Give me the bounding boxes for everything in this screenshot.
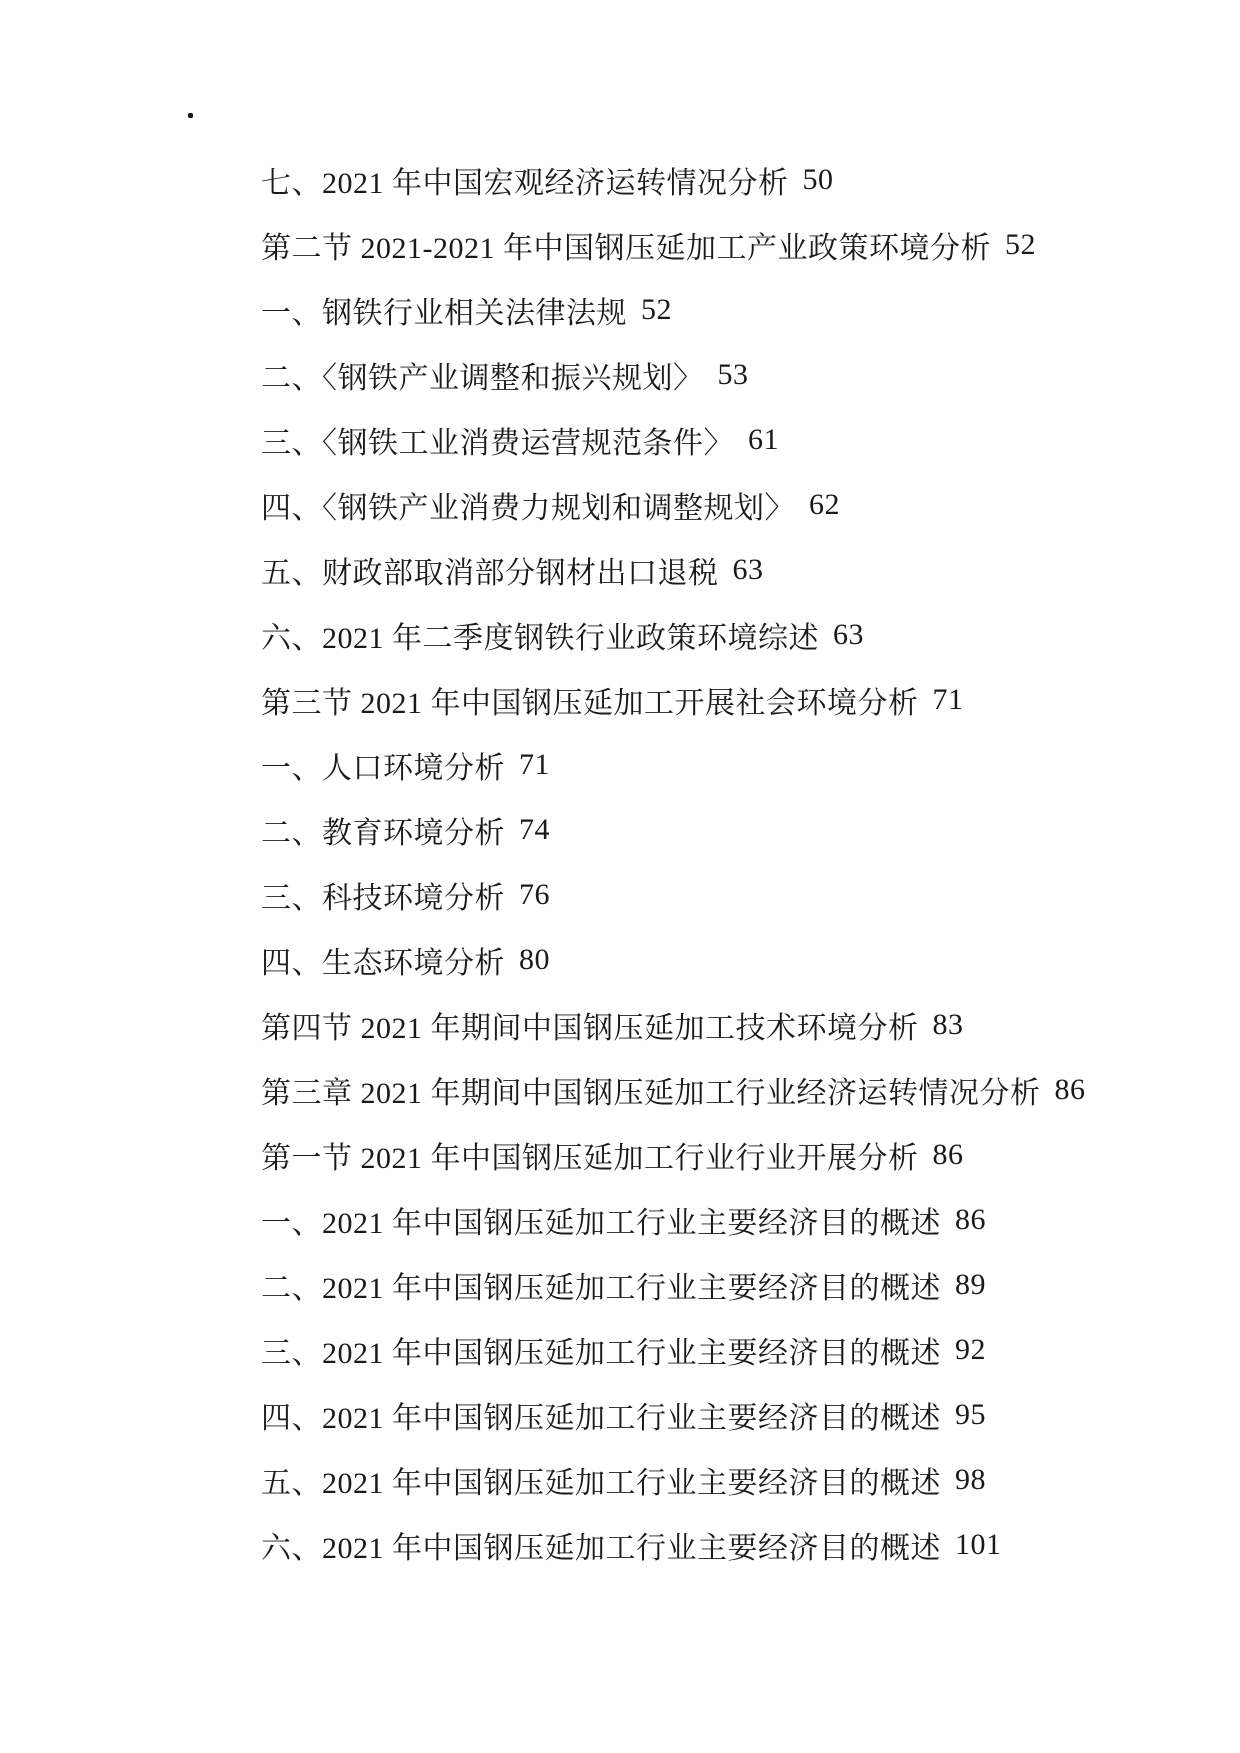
toc-entry-label: 第二节 2021-2021 年中国钢压延加工产业政策环境分析 (261, 223, 991, 267)
toc-entry: 六、2021 年中国钢压延加工行业主要经济目的概述101 (261, 1512, 1180, 1577)
toc-entry: 三、2021 年中国钢压延加工行业主要经济目的概述92 (261, 1317, 1180, 1382)
toc-entry-page: 62 (809, 488, 840, 522)
toc-entry-page: 101 (955, 1528, 1002, 1562)
toc-entry: 四、生态环境分析80 (261, 927, 1180, 992)
toc-entry-page: 98 (955, 1463, 986, 1497)
toc-entry: 七、2021 年中国宏观经济运转情况分析50 (261, 147, 1180, 212)
toc-entry-label: 六、2021 年中国钢压延加工行业主要经济目的概述 (261, 1523, 941, 1567)
toc-entry: 五、财政部取消部分钢材出口退税63 (261, 537, 1180, 602)
toc-entry-page: 63 (733, 553, 764, 587)
toc-entry: 六、2021 年二季度钢铁行业政策环境综述63 (261, 602, 1180, 667)
toc-entry: 第三章 2021 年期间中国钢压延加工行业经济运转情况分析86 (261, 1057, 1180, 1122)
toc-entry: 四、2021 年中国钢压延加工行业主要经济目的概述95 (261, 1382, 1180, 1447)
toc-entry-label: 三、〈钢铁工业消费运营规范条件〉 (261, 418, 734, 462)
toc-entry-page: 63 (833, 618, 864, 652)
toc-entry-label: 二、〈钢铁产业调整和振兴规划〉 (261, 353, 704, 397)
toc-entry-page: 74 (519, 813, 550, 847)
toc-entry-label: 一、钢铁行业相关法律法规 (261, 288, 627, 332)
toc-entry-page: 61 (748, 423, 779, 457)
toc-entry: 二、〈钢铁产业调整和振兴规划〉53 (261, 342, 1180, 407)
toc-entry-page: 52 (1005, 228, 1036, 262)
toc-entry: 五、2021 年中国钢压延加工行业主要经济目的概述98 (261, 1447, 1180, 1512)
toc-entry-page: 95 (955, 1398, 986, 1432)
toc-entry-label: 七、2021 年中国宏观经济运转情况分析 (261, 158, 789, 202)
toc-entry-page: 89 (955, 1268, 986, 1302)
toc-entry: 三、〈钢铁工业消费运营规范条件〉61 (261, 407, 1180, 472)
toc-list: 七、2021 年中国宏观经济运转情况分析50第二节 2021-2021 年中国钢… (261, 147, 1180, 1577)
toc-entry: 一、钢铁行业相关法律法规52 (261, 277, 1180, 342)
toc-entry: 一、2021 年中国钢压延加工行业主要经济目的概述86 (261, 1187, 1180, 1252)
toc-entry-page: 52 (641, 293, 672, 327)
toc-entry-label: 四、生态环境分析 (261, 938, 505, 982)
toc-entry-page: 71 (933, 683, 964, 717)
toc-entry-label: 第四节 2021 年期间中国钢压延加工技术环境分析 (261, 1003, 919, 1047)
toc-entry-page: 76 (519, 878, 550, 912)
toc-entry: 第二节 2021-2021 年中国钢压延加工产业政策环境分析52 (261, 212, 1180, 277)
toc-entry-page: 83 (933, 1008, 964, 1042)
toc-entry-page: 71 (519, 748, 550, 782)
toc-entry-page: 86 (1055, 1073, 1086, 1107)
toc-entry: 第四节 2021 年期间中国钢压延加工技术环境分析83 (261, 992, 1180, 1057)
toc-entry-label: 二、2021 年中国钢压延加工行业主要经济目的概述 (261, 1263, 941, 1307)
toc-entry-page: 86 (933, 1138, 964, 1172)
toc-entry: 一、人口环境分析71 (261, 732, 1180, 797)
toc-entry: 第三节 2021 年中国钢压延加工开展社会环境分析71 (261, 667, 1180, 732)
toc-entry-label: 第一节 2021 年中国钢压延加工行业行业开展分析 (261, 1133, 919, 1177)
toc-entry-label: 四、2021 年中国钢压延加工行业主要经济目的概述 (261, 1393, 941, 1437)
toc-entry-page: 92 (955, 1333, 986, 1367)
toc-entry: 四、〈钢铁产业消费力规划和调整规划〉62 (261, 472, 1180, 537)
toc-entry-label: 四、〈钢铁产业消费力规划和调整规划〉 (261, 483, 795, 527)
toc-entry-label: 第三节 2021 年中国钢压延加工开展社会环境分析 (261, 678, 919, 722)
toc-entry-page: 80 (519, 943, 550, 977)
toc-entry-page: 50 (803, 163, 834, 197)
toc-entry-page: 86 (955, 1203, 986, 1237)
toc-entry: 二、教育环境分析74 (261, 797, 1180, 862)
toc-entry: 三、科技环境分析76 (261, 862, 1180, 927)
toc-entry-label: 三、科技环境分析 (261, 873, 505, 917)
toc-entry: 二、2021 年中国钢压延加工行业主要经济目的概述89 (261, 1252, 1180, 1317)
toc-entry-label: 六、2021 年二季度钢铁行业政策环境综述 (261, 613, 819, 657)
toc-entry-page: 53 (718, 358, 749, 392)
toc-entry: 第一节 2021 年中国钢压延加工行业行业开展分析86 (261, 1122, 1180, 1187)
toc-entry-label: 五、2021 年中国钢压延加工行业主要经济目的概述 (261, 1458, 941, 1502)
stray-ink-dot (188, 113, 193, 118)
toc-entry-label: 二、教育环境分析 (261, 808, 505, 852)
toc-entry-label: 第三章 2021 年期间中国钢压延加工行业经济运转情况分析 (261, 1068, 1041, 1112)
toc-entry-label: 五、财政部取消部分钢材出口退税 (261, 548, 719, 592)
document-page: 七、2021 年中国宏观经济运转情况分析50第二节 2021-2021 年中国钢… (0, 0, 1240, 1753)
toc-entry-label: 一、2021 年中国钢压延加工行业主要经济目的概述 (261, 1198, 941, 1242)
toc-entry-label: 三、2021 年中国钢压延加工行业主要经济目的概述 (261, 1328, 941, 1372)
toc-entry-label: 一、人口环境分析 (261, 743, 505, 787)
